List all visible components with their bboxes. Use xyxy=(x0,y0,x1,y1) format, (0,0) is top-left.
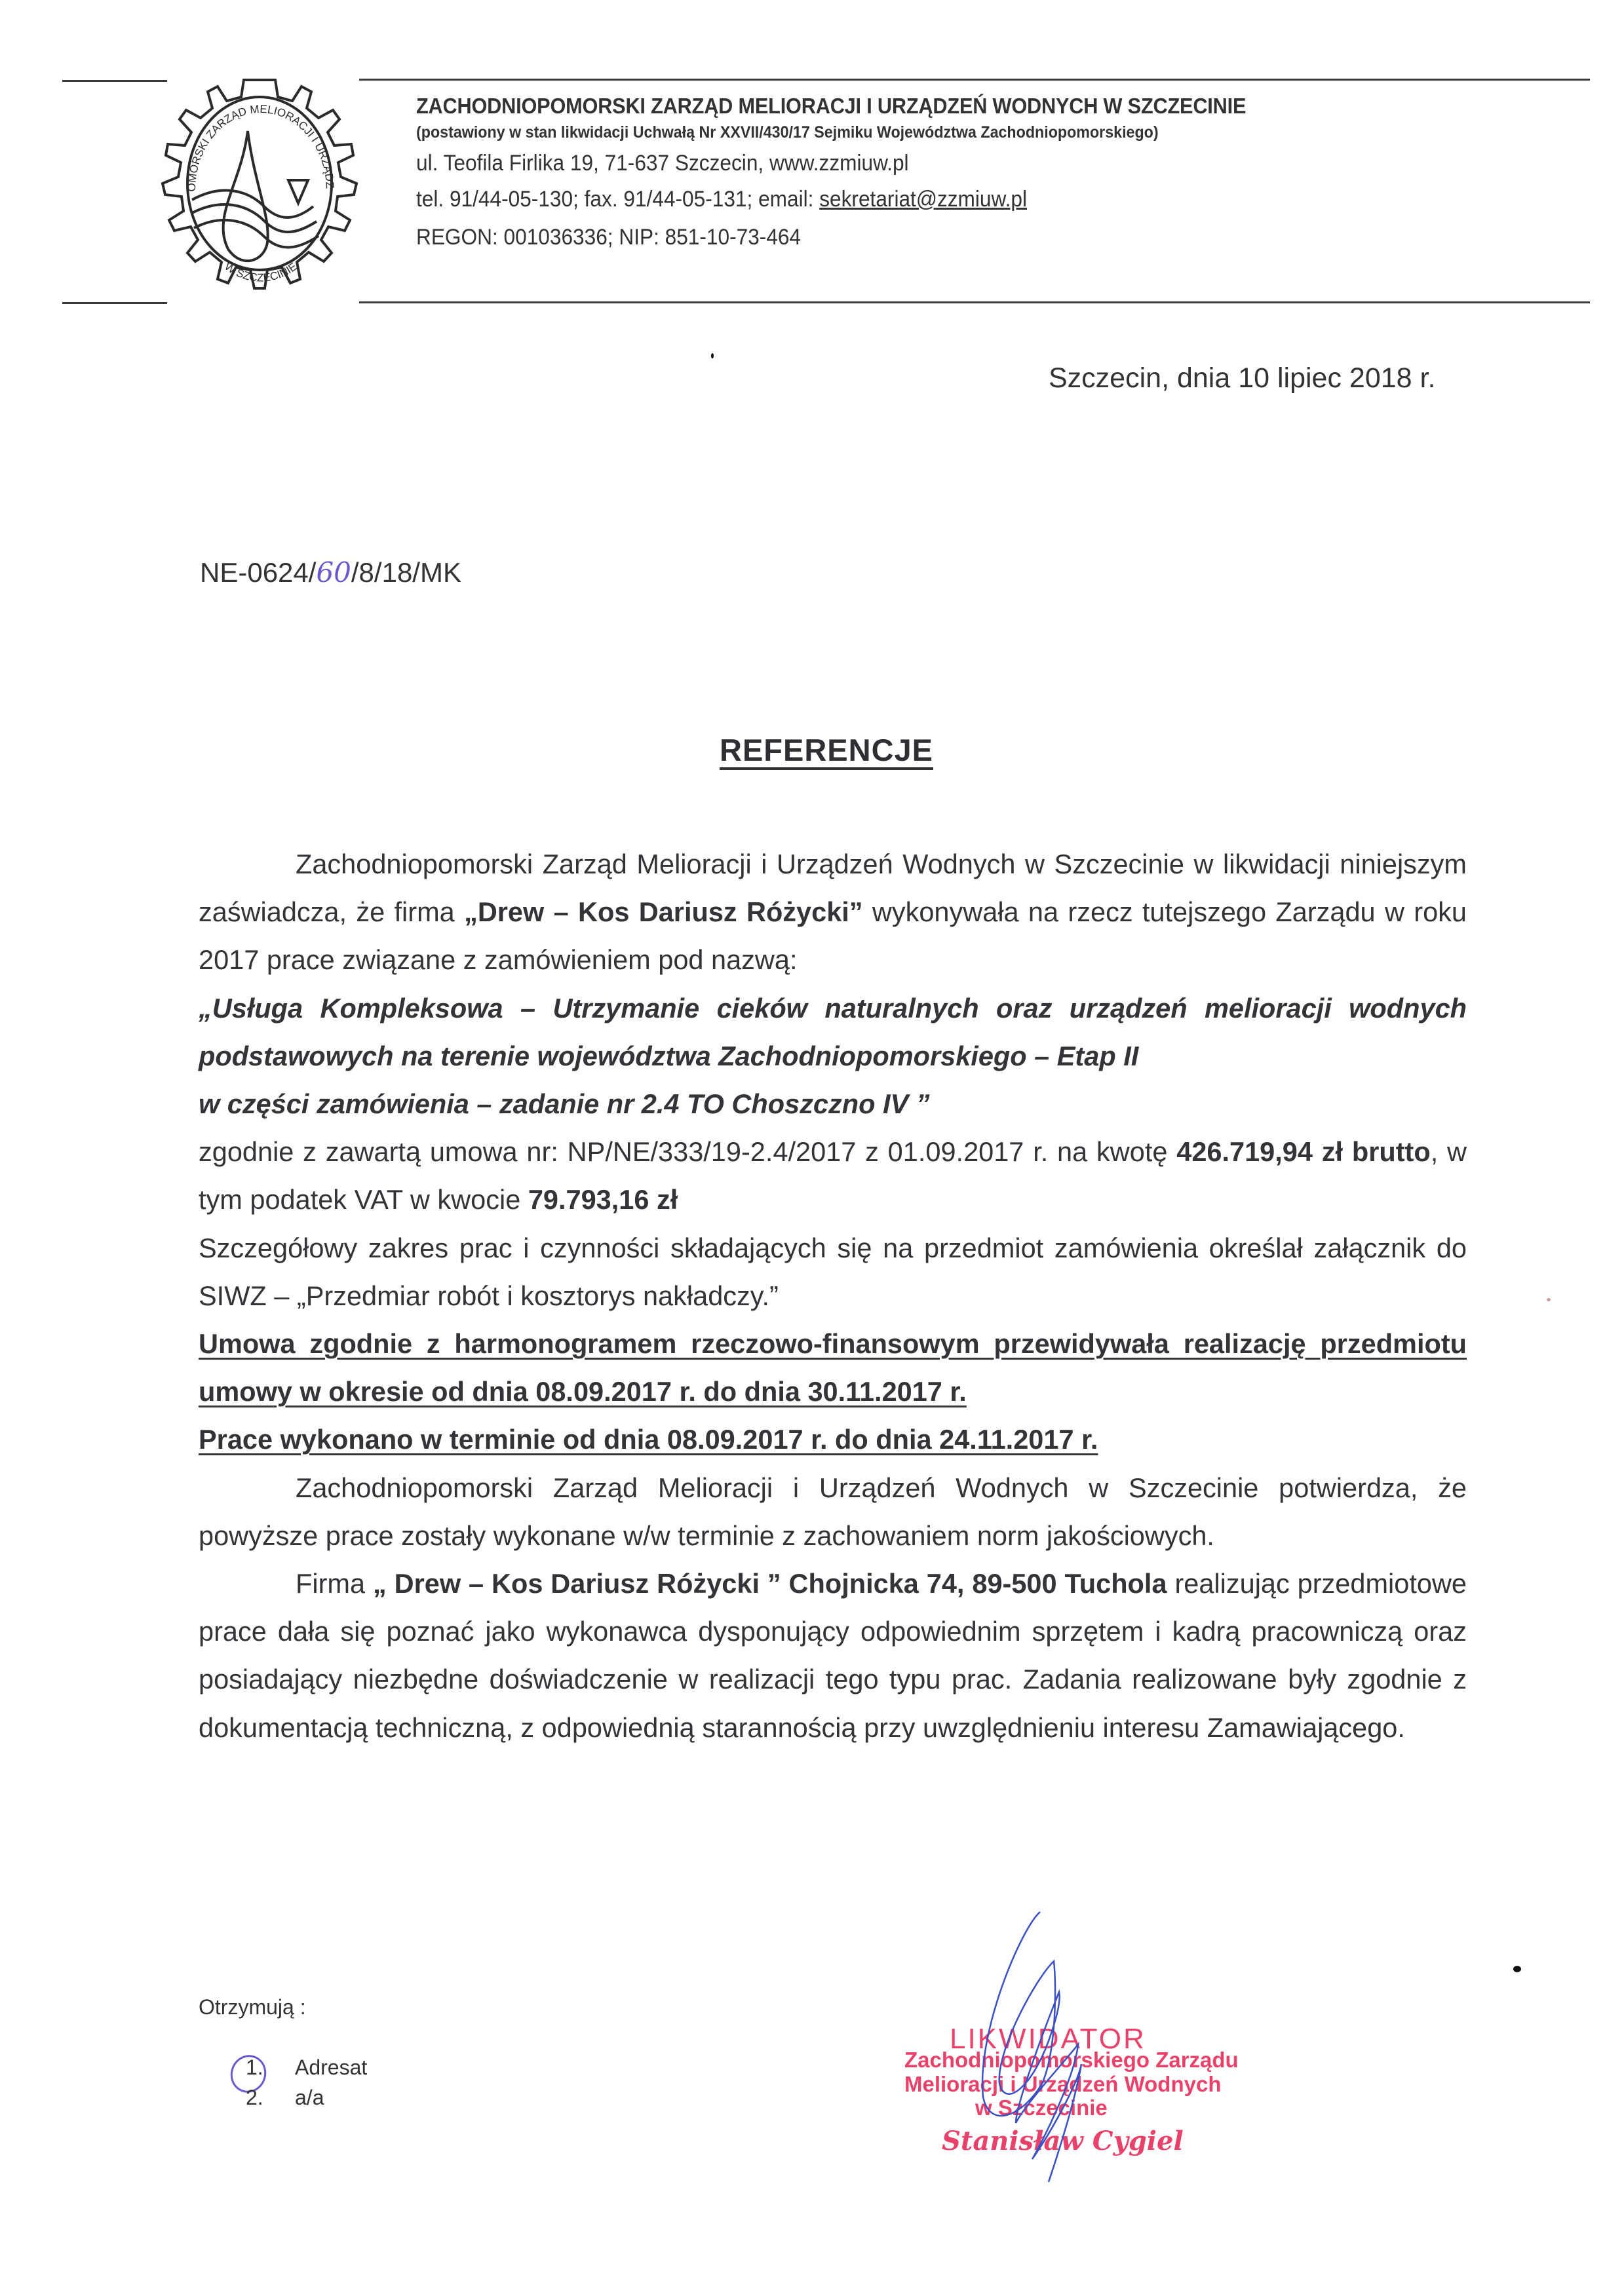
paragraph-scope: Szczegółowy zakres prac i czynności skła… xyxy=(199,1224,1467,1320)
document-date: Szczecin, dnia 10 lipiec 2018 r. xyxy=(1049,362,1435,394)
contact-line: tel. 91/44-05-130; fax. 91/44-05-131; em… xyxy=(416,187,1027,212)
organization-name: ZACHODNIOPOMORSKI ZARZĄD MELIORACJI I UR… xyxy=(416,94,1246,119)
company-name: „Drew – Kos Dariusz Różycki” xyxy=(464,896,863,927)
company-address: „ Drew – Kos Dariusz Różycki ” Chojnicka… xyxy=(373,1568,1167,1599)
regon-nip: REGON: 001036336; NIP: 851-10-73-464 xyxy=(416,225,801,250)
amount-gross: 426.719,94 zł xyxy=(1176,1136,1343,1167)
header-rule-bottom-right xyxy=(359,301,1590,303)
organization-logo-icon: ZACHODNIOPOMORSKI ZARZĄD MELIORACJI I UR… xyxy=(149,52,379,315)
phone-fax: tel. 91/44-05-130; fax. 91/44-05-131; em… xyxy=(416,187,819,212)
stamp-line: w Szczecinie xyxy=(975,2095,1108,2120)
paragraph-planned-period: Umowa zgodnie z harmonogramem rzeczowo-f… xyxy=(199,1320,1467,1415)
paragraph-intro: Zachodniopomorski Zarząd Melioracji i Ur… xyxy=(199,840,1467,984)
stamp-line: Zachodniopomorskiego Zarządu xyxy=(904,2048,1239,2073)
stamp-signatory: Stanisław Cygiel xyxy=(942,2126,1184,2156)
stamp-line: Melioracji i Urządzeń Wodnych xyxy=(904,2072,1221,2097)
recipients-label: Otrzymują : xyxy=(199,1995,306,2019)
reference-number: NE-0624/60/8/18/MK xyxy=(200,556,461,588)
liquidation-note: (postawiony w stan likwidacji Uchwałą Nr… xyxy=(416,123,1159,142)
paragraph-contract-amount: zgodnie z zawartą umowa nr: NP/NE/333/19… xyxy=(199,1128,1467,1223)
paragraph-actual-period: Prace wykonano w terminie od dnia 08.09.… xyxy=(199,1415,1467,1463)
scan-speck xyxy=(711,353,714,358)
header-rule-top-right xyxy=(359,79,1590,81)
recipient-item: 1.Adresat xyxy=(246,2056,367,2080)
recipient-item: 2.a/a xyxy=(246,2086,324,2110)
organization-address: ul. Teofila Firlika 19, 71-637 Szczecin,… xyxy=(416,151,909,176)
handwritten-number: 60 xyxy=(316,556,351,588)
amount-vat: 79.793,16 zł xyxy=(528,1184,678,1215)
scan-speck xyxy=(1513,1966,1521,1972)
paragraph-confirmation: Zachodniopomorski Zarząd Melioracji i Ur… xyxy=(199,1464,1467,1559)
paragraph-contract-title: „Usługa Kompleksowa – Utrzymanie cieków … xyxy=(199,984,1467,1128)
letter-body: Zachodniopomorski Zarząd Melioracji i Ur… xyxy=(199,840,1467,1751)
document-title: REFERENCJE xyxy=(720,732,933,768)
svg-text:ZACHODNIOPOMORSKI ZARZĄD MELIO: ZACHODNIOPOMORSKI ZARZĄD MELIORACJI I UR… xyxy=(149,52,336,192)
paragraph-recommendation: Firma „ Drew – Kos Dariusz Różycki ” Cho… xyxy=(199,1559,1467,1751)
email-link[interactable]: sekretariat@zzmiuw.pl xyxy=(819,187,1027,212)
scan-speck xyxy=(1547,1298,1551,1301)
